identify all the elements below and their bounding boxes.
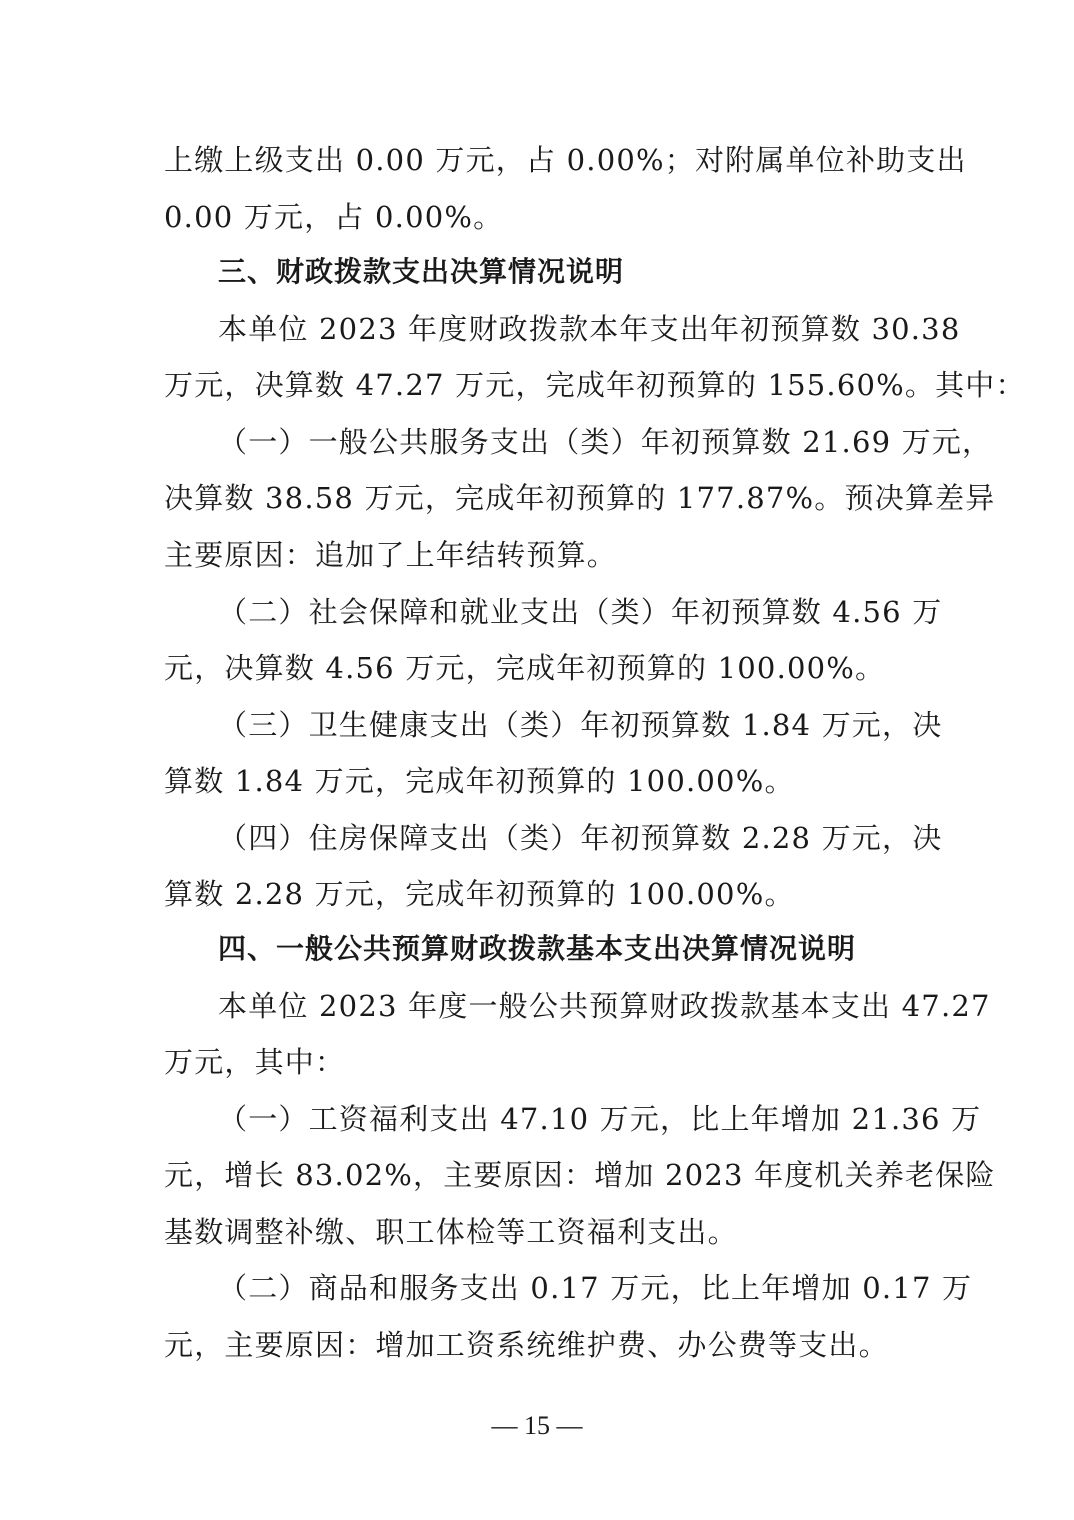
- body-line: 决算数 38.58 万元，完成年初预算的 177.87%。预决算差异: [164, 478, 996, 518]
- body-line: 基数调整补缴、职工体检等工资福利支出。: [164, 1212, 738, 1252]
- body-line: （三）卫生健康支出（类）年初预算数 1.84 万元，决: [218, 705, 942, 745]
- body-line: 算数 1.84 万元，完成年初预算的 100.00%。: [164, 761, 795, 801]
- body-line: 万元，决算数 47.27 万元，完成年初预算的 155.60%。其中：: [164, 365, 1026, 405]
- body-line: 上缴上级支出 0.00 万元，占 0.00%；对附属单位补助支出: [164, 140, 967, 180]
- body-line: （一）工资福利支出 47.10 万元，比上年增加 21.36 万: [218, 1099, 981, 1139]
- body-line: （二）商品和服务支出 0.17 万元，比上年增加 0.17 万: [218, 1268, 972, 1308]
- body-line: （一）一般公共服务支出（类）年初预算数 21.69 万元，: [218, 422, 992, 462]
- body-line: 元，决算数 4.56 万元，完成年初预算的 100.00%。: [164, 648, 885, 688]
- body-line: 元，增长 83.02%，主要原因：增加 2023 年度机关养老保险: [164, 1155, 996, 1195]
- page-number: — 15 —: [0, 1408, 1074, 1444]
- body-line: 本单位 2023 年度一般公共预算财政拨款基本支出 47.27: [218, 986, 991, 1026]
- body-line: 元，主要原因：增加工资系统维护费、办公费等支出。: [164, 1325, 889, 1365]
- section-heading-3: 三、财政拨款支出决算情况说明: [218, 252, 624, 292]
- body-line: 本单位 2023 年度财政拨款本年支出年初预算数 30.38: [218, 309, 960, 349]
- body-line: 0.00 万元，占 0.00%。: [164, 197, 503, 237]
- body-line: （二）社会保障和就业支出（类）年初预算数 4.56 万: [218, 592, 942, 632]
- body-line: 主要原因：追加了上年结转预算。: [164, 535, 617, 575]
- body-line: （四）住房保障支出（类）年初预算数 2.28 万元，决: [218, 818, 942, 858]
- document-page: 上缴上级支出 0.00 万元，占 0.00%；对附属单位补助支出 0.00 万元…: [0, 0, 1074, 1520]
- body-line: 万元，其中：: [164, 1042, 345, 1082]
- section-heading-4: 四、一般公共预算财政拨款基本支出决算情况说明: [218, 929, 856, 969]
- body-line: 算数 2.28 万元，完成年初预算的 100.00%。: [164, 874, 795, 914]
